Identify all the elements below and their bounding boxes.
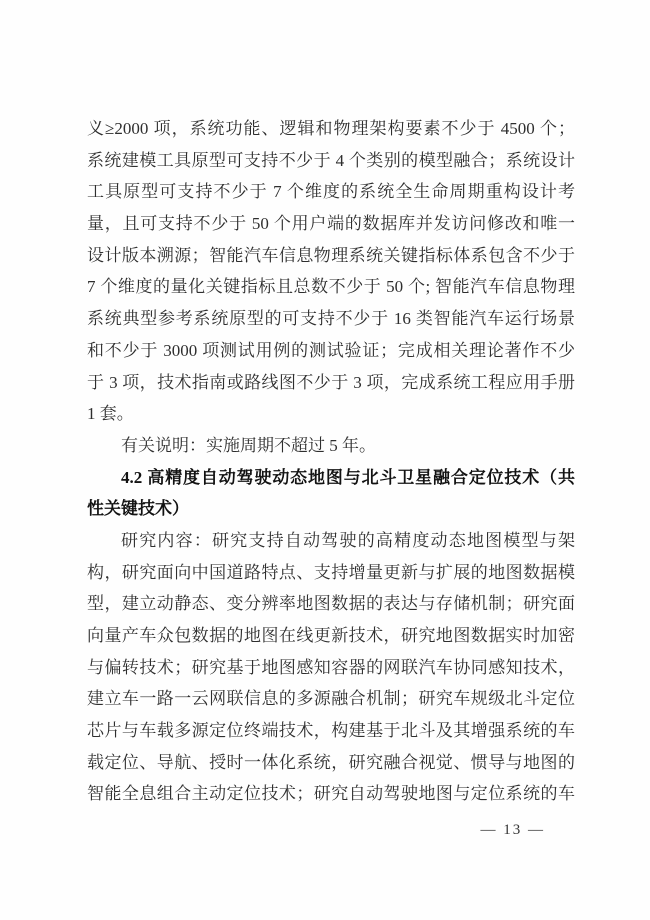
text-line: 义≥2000 项，系统功能、逻辑和物理架构要素不少于 4500 个； xyxy=(87,113,575,145)
text-line: 量，且可支持不少于 50 个用户端的数据库并发访问修改和唯一 xyxy=(87,208,575,240)
page-number: — 13 — xyxy=(481,820,546,840)
text-line: 和不少于 3000 项测试用例的测试验证；完成相关理论著作不少 xyxy=(87,335,575,367)
text-line: 向量产车众包数据的地图在线更新技术，研究地图数据实时加密 xyxy=(87,620,575,652)
text-line: 与偏转技术；研究基于地图感知容器的网联汽车协同感知技术， xyxy=(87,652,575,684)
page-text: 义≥2000 项，系统功能、逻辑和物理架构要素不少于 4500 个；系统建模工具… xyxy=(87,113,575,810)
text-line: 设计版本溯源；智能汽车信息物理系统关键指标体系包含不少于 xyxy=(87,240,575,272)
document-page: 义≥2000 项，系统功能、逻辑和物理架构要素不少于 4500 个；系统建模工具… xyxy=(0,0,650,920)
text-line: 于 3 项，技术指南或路线图不少于 3 项，完成系统工程应用手册 xyxy=(87,367,575,399)
text-line: 有关说明：实施周期不超过 5 年。 xyxy=(87,430,575,462)
text-line: 研究内容：研究支持自动驾驶的高精度动态地图模型与架 xyxy=(87,525,575,557)
text-line: 智能全息组合主动定位技术；研究自动驾驶地图与定位系统的车 xyxy=(87,778,575,810)
text-line: 工具原型可支持不少于 7 个维度的系统全生命周期重构设计考 xyxy=(87,176,575,208)
text-line: 芯片与车载多源定位终端技术，构建基于北斗及其增强系统的车 xyxy=(87,715,575,747)
text-line: 系统典型参考系统原型的可支持不少于 16 类智能汽车运行场景 xyxy=(87,303,575,335)
section-heading-line: 性关键技术） xyxy=(87,493,575,525)
text-line: 1 套。 xyxy=(87,398,575,430)
text-line: 7 个维度的量化关键指标且总数不少于 50 个; 智能汽车信息物理 xyxy=(87,271,575,303)
section-heading-line: 4.2 高精度自动驾驶动态地图与北斗卫星融合定位技术（共 xyxy=(87,462,575,494)
text-line: 建立车一路一云网联信息的多源融合机制；研究车规级北斗定位 xyxy=(87,683,575,715)
text-line: 型，建立动静态、变分辨率地图数据的表达与存储机制；研究面 xyxy=(87,588,575,620)
text-line: 系统建模工具原型可支持不少于 4 个类别的模型融合；系统设计 xyxy=(87,145,575,177)
text-line: 载定位、导航、授时一体化系统，研究融合视觉、惯导与地图的 xyxy=(87,747,575,779)
text-line: 构，研究面向中国道路特点、支持增量更新与扩展的地图数据模 xyxy=(87,557,575,589)
